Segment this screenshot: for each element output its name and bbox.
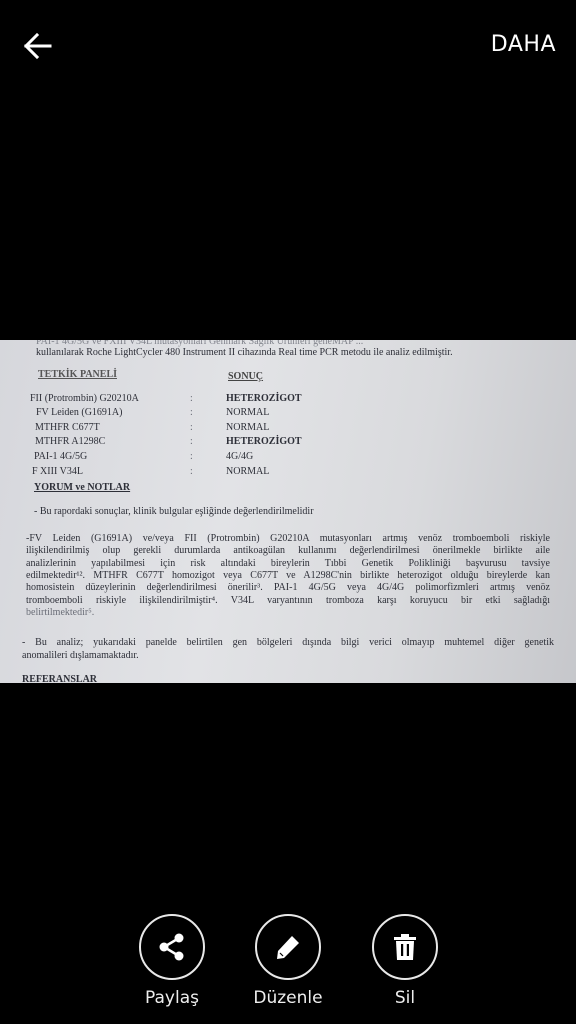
- test-result: NORMAL: [226, 407, 269, 418]
- trash-icon: [389, 931, 421, 963]
- paragraph-line: edilmektedir¹². MTHFR C677T homozigot ve…: [26, 570, 550, 582]
- paragraph-line: analizlerinin yapılabilmesi için risk al…: [26, 558, 550, 570]
- references-heading: REFERANSLAR: [22, 674, 97, 683]
- action-bar: Paylaş Düzenle Sil: [0, 914, 576, 1024]
- separator: :: [190, 466, 193, 477]
- result-heading: SONUÇ: [228, 371, 263, 382]
- test-result: HETEROZİGOT: [226, 393, 302, 404]
- panel-heading: TETKİK PANELİ: [38, 369, 117, 380]
- share-label: Paylaş: [122, 988, 222, 1008]
- paragraph-line: homosistein düzeylerinin değerlendirilme…: [26, 582, 550, 594]
- notes-heading: YORUM ve NOTLAR: [34, 482, 130, 493]
- paragraph-line: belirtilmektedir⁵.: [26, 607, 94, 618]
- paragraph-line: tromboemboli riskiyle ilişkilendirilmişt…: [26, 595, 550, 607]
- separator: :: [190, 451, 193, 462]
- test-name: FV Leiden (G1691A): [36, 407, 122, 418]
- edit-button[interactable]: Düzenle: [238, 914, 338, 1008]
- test-name: MTHFR A1298C: [35, 436, 105, 447]
- document-photo[interactable]: PAI-1 4G/5G ve FXIII V34L mutasyonları G…: [0, 340, 576, 683]
- delete-button[interactable]: Sil: [355, 914, 455, 1008]
- pencil-icon: [272, 931, 304, 963]
- paragraph-line: -FV Leiden (G1691A) ve/veya FII (Protrom…: [26, 533, 550, 545]
- test-result: HETEROZİGOT: [226, 436, 302, 447]
- arrow-left-icon: [18, 26, 58, 66]
- test-result: NORMAL: [226, 422, 269, 433]
- share-icon: [156, 931, 188, 963]
- separator: :: [190, 407, 193, 418]
- share-button[interactable]: Paylaş: [122, 914, 222, 1008]
- delete-label: Sil: [355, 988, 455, 1008]
- test-result: NORMAL: [226, 466, 269, 477]
- top-bar: DAHA: [0, 0, 576, 90]
- test-name: F XIII V34L: [32, 466, 83, 477]
- test-name: FII (Protrombin) G20210A: [30, 393, 139, 404]
- test-name: PAI-1 4G/5G: [34, 451, 87, 462]
- separator: :: [190, 436, 193, 447]
- test-name: MTHFR C677T: [35, 422, 100, 433]
- test-result: 4G/4G: [226, 451, 253, 462]
- note-1: - Bu rapordaki sonuçlar, klinik bulgular…: [34, 506, 314, 517]
- note-line: - Bu analiz; yukarıdaki panelde belirtil…: [22, 637, 554, 649]
- separator: :: [190, 393, 193, 404]
- intro-line-1: PAI-1 4G/5G ve FXIII V34L mutasyonları G…: [36, 340, 363, 347]
- intro-line-2: kullanılarak Roche LightCycler 480 Instr…: [36, 347, 453, 358]
- lab-report: PAI-1 4G/5G ve FXIII V34L mutasyonları G…: [0, 340, 576, 683]
- separator: :: [190, 422, 193, 433]
- paragraph-line: ilişkilendirilmiş olup gerekli durumlard…: [26, 545, 550, 557]
- back-button[interactable]: [18, 26, 58, 66]
- edit-label: Düzenle: [238, 988, 338, 1008]
- note-line: anomalileri dışlamamaktadır.: [22, 650, 139, 661]
- more-button[interactable]: DAHA: [491, 32, 556, 57]
